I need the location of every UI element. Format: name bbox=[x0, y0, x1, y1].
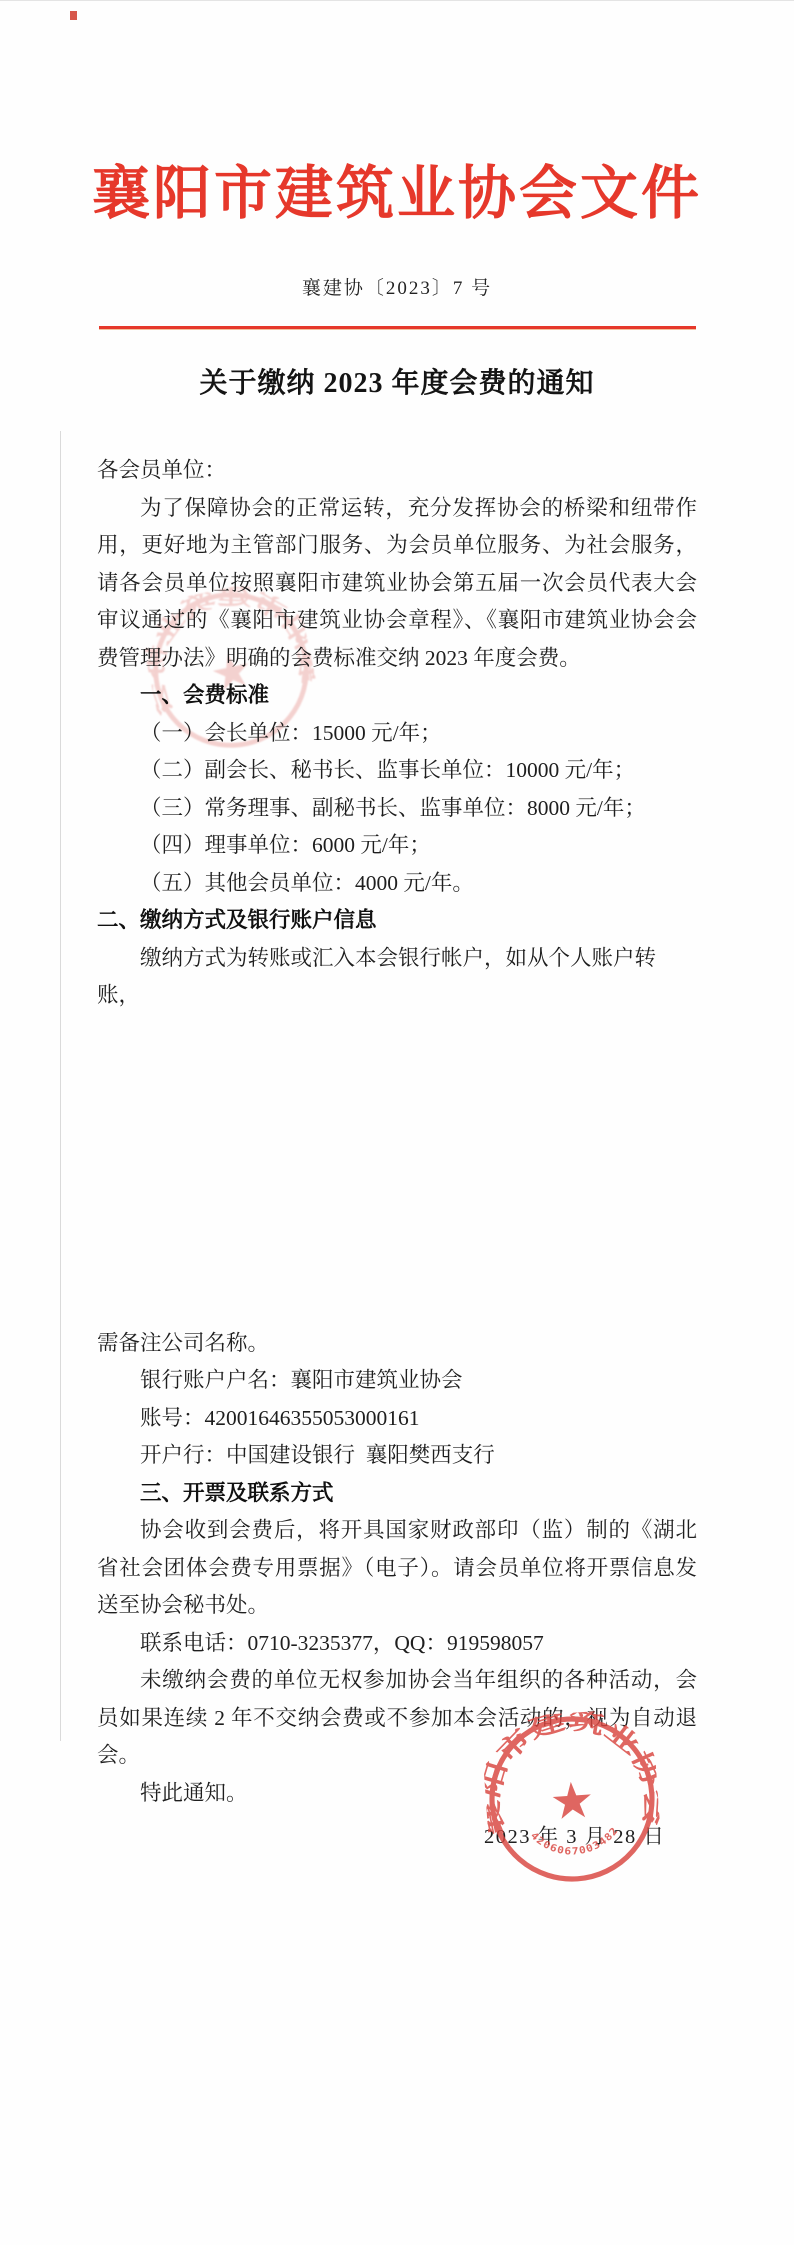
bank-account-name: 银行账户户名：襄阳市建筑业协会 bbox=[97, 1362, 697, 1400]
contact-line: 联系电话：0710-3235377，QQ：919598057 bbox=[97, 1625, 697, 1663]
section2-heading: 二、缴纳方式及银行账户信息 bbox=[97, 902, 697, 940]
seal-star-icon: ★ bbox=[548, 1770, 597, 1831]
invoice-paragraph: 协会收到会费后，将开具国家财政部印（监）制的《湖北省社会团体会费专用票据》（电子… bbox=[97, 1512, 697, 1625]
fee-item: （二）副会长、秘书长、监事长单位：10000 元/年； bbox=[97, 752, 697, 790]
scan-speck bbox=[70, 11, 77, 20]
document-number: 襄建协〔2023〕7 号 bbox=[0, 273, 794, 300]
payment-line-1: 缴纳方式为转账或汇入本会银行帐户，如从个人账户转账， bbox=[97, 940, 697, 1015]
document-body: 各会员单位： 为了保障协会的正常运转，充分发挥协会的桥梁和纽带作用，更好地为主管… bbox=[97, 452, 697, 1812]
document-page: 襄阳市建筑业协会文件 襄建协〔2023〕7 号 关于缴纳 2023 年度会费的通… bbox=[0, 0, 794, 2245]
bank-account-number: 账号：42001646355053000161 bbox=[97, 1400, 697, 1438]
fee-item: （四）理事单位：6000 元/年； bbox=[97, 827, 697, 865]
salutation: 各会员单位： bbox=[97, 452, 697, 490]
blank-gap bbox=[97, 1015, 697, 1325]
fee-item: （一）会长单位：15000 元/年； bbox=[97, 715, 697, 753]
page-title: 关于缴纳 2023 年度会费的通知 bbox=[0, 364, 794, 404]
seal-code: 4206067003482 bbox=[528, 1825, 623, 1861]
scan-fold-line bbox=[60, 431, 61, 1741]
red-divider-rule bbox=[99, 326, 696, 329]
letterhead-title: 襄阳市建筑业协会文件 bbox=[0, 153, 794, 235]
intro-paragraph: 为了保障协会的正常运转，充分发挥协会的桥梁和纽带作用，更好地为主管部门服务、为会… bbox=[97, 490, 697, 678]
fee-item: （五）其他会员单位：4000 元/年。 bbox=[97, 865, 697, 903]
section1-heading: 一、会费标准 bbox=[97, 677, 697, 715]
payment-line-2: 需备注公司名称。 bbox=[97, 1325, 697, 1363]
fee-item: （三）常务理事、副秘书长、监事单位：8000 元/年； bbox=[97, 790, 697, 828]
official-seal: 襄阳市建筑业协会 ★ 4206067003482 bbox=[480, 1707, 664, 1891]
svg-text:4206067003482: 4206067003482 bbox=[528, 1825, 623, 1861]
section3-heading: 三、开票及联系方式 bbox=[97, 1475, 697, 1513]
bank-branch: 开户行：中国建设银行 襄阳樊西支行 bbox=[97, 1437, 697, 1475]
